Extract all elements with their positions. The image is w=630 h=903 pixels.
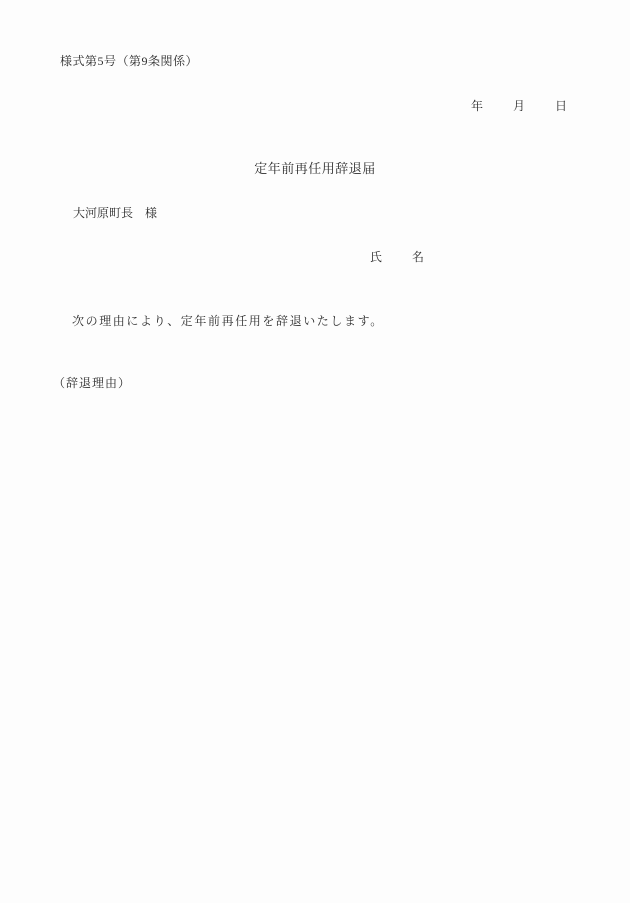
date-line: 年 月 日 — [471, 99, 569, 113]
reason-label: （辞退理由） — [53, 376, 131, 390]
body-text: 次の理由により、定年前再任用を辞退いたします。 — [72, 314, 384, 328]
addressee-line: 大河原町長 様 — [73, 206, 157, 220]
document-page: 様式第5号（第9条関係） 年 月 日 定年前再任用辞退届 大河原町長 様 氏 名… — [0, 0, 630, 903]
form-number: 様式第5号（第9条関係） — [60, 54, 198, 68]
document-title: 定年前再任用辞退届 — [0, 161, 630, 177]
name-label: 氏 名 — [370, 250, 426, 264]
reason-blank-area — [53, 400, 573, 860]
